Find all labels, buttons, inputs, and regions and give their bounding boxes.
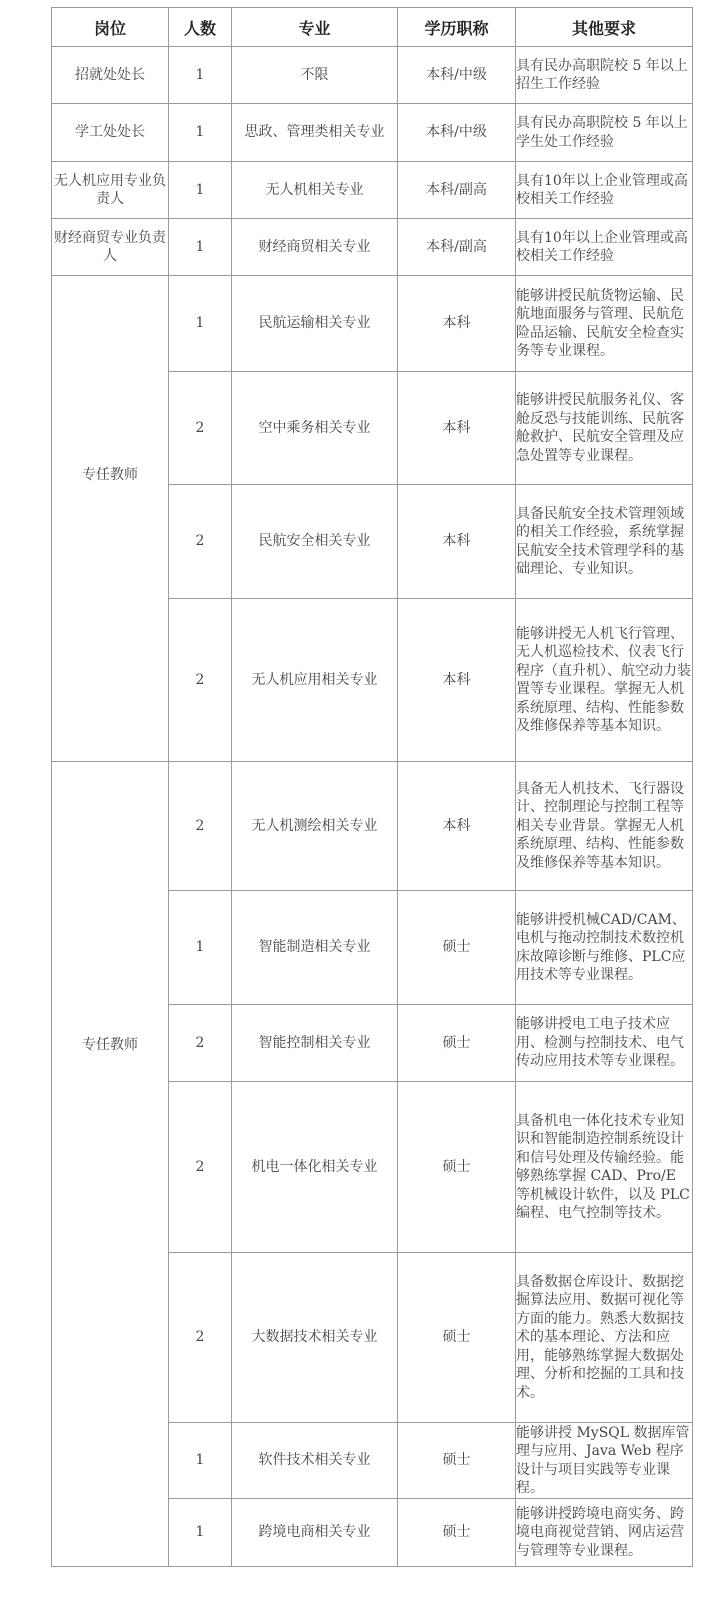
degree-cell: 硕士 (398, 1499, 516, 1567)
post-cell: 财经商贸专业负责人 (52, 219, 169, 276)
table-row: 专任教师 1 民航运输相关专业 本科 能够讲授民航货物运输、民航地面服务与管理、… (52, 276, 693, 372)
degree-cell: 硕士 (398, 891, 516, 1005)
requirements-cell: 能够讲授 MySQL 数据库管理与应用、Java Web 程序设计与项目实践等专… (516, 1423, 693, 1499)
header-degree: 学历职称 (398, 8, 516, 47)
requirements-cell: 能够讲授电工电子技术应用、检测与控制技术、电气传动应用技术等专业课程。 (516, 1005, 693, 1082)
major-cell: 民航运输相关专业 (232, 276, 398, 372)
count-cell: 1 (169, 891, 232, 1005)
degree-cell: 本科/中级 (398, 104, 516, 162)
major-cell: 不限 (232, 47, 398, 104)
recruitment-table-part-1: 岗位 人数 专业 学历职称 其他要求 招就处处长 1 不限 本科/中级 具有民办… (51, 7, 693, 762)
count-cell: 2 (169, 1253, 232, 1423)
degree-cell: 本科/中级 (398, 47, 516, 104)
major-cell: 机电一体化相关专业 (232, 1082, 398, 1253)
degree-cell: 硕士 (398, 1253, 516, 1423)
requirements-cell: 能够讲授民航货物运输、民航地面服务与管理、民航危险品运输、民航安全检查实务等专业… (516, 276, 693, 372)
count-cell: 1 (169, 1423, 232, 1499)
count-cell: 2 (169, 1005, 232, 1082)
degree-cell: 硕士 (398, 1082, 516, 1253)
table-row: 专任教师 2 无人机测绘相关专业 本科 具备无人机技术、飞行器设计、控制理论与控… (52, 762, 693, 891)
requirements-cell: 具备民航安全技术管理领域的相关工作经验，系统掌握民航安全技术管理学科的基础理论、… (516, 485, 693, 599)
header-requirements: 其他要求 (516, 8, 693, 47)
major-cell: 跨境电商相关专业 (232, 1499, 398, 1567)
post-cell: 学工处处长 (52, 104, 169, 162)
merged-post-cell: 专任教师 (52, 276, 169, 762)
recruitment-table-part-2: 专任教师 2 无人机测绘相关专业 本科 具备无人机技术、飞行器设计、控制理论与控… (51, 761, 693, 1567)
requirements-cell: 能够讲授无人机飞行管理、无人机巡检技术、仪表飞行程序（直升机）、航空动力装置等专… (516, 599, 693, 762)
count-cell: 1 (169, 1499, 232, 1567)
requirements-cell: 具有民办高职院校 5 年以上招生工作经验 (516, 47, 693, 104)
requirements-cell: 能够讲授民航服务礼仪、客舱反恐与技能训练、民航客舱救护、民航安全管理及应急处置等… (516, 372, 693, 485)
count-cell: 1 (169, 47, 232, 104)
requirements-cell: 具备数据仓库设计、数据挖掘算法应用、数据可视化等方面的能力。熟悉大数据技术的基本… (516, 1253, 693, 1423)
requirements-cell: 具有民办高职院校 5 年以上学生处工作经验 (516, 104, 693, 162)
count-cell: 2 (169, 485, 232, 599)
major-cell: 智能制造相关专业 (232, 891, 398, 1005)
degree-cell: 本科 (398, 372, 516, 485)
count-cell: 1 (169, 219, 232, 276)
major-cell: 无人机应用相关专业 (232, 599, 398, 762)
count-cell: 1 (169, 276, 232, 372)
degree-cell: 硕士 (398, 1005, 516, 1082)
requirements-cell: 具备机电一体化技术专业知识和智能制造控制系统设计和信号处理及传输经验。能够熟练掌… (516, 1082, 693, 1253)
table-row: 财经商贸专业负责人 1 财经商贸相关专业 本科/副高 具有10年以上企业管理或高… (52, 219, 693, 276)
merged-post-label: 专任教师 (52, 466, 168, 485)
post-cell: 招就处处长 (52, 47, 169, 104)
count-cell: 2 (169, 599, 232, 762)
degree-cell: 本科/副高 (398, 219, 516, 276)
major-cell: 空中乘务相关专业 (232, 372, 398, 485)
major-cell: 无人机测绘相关专业 (232, 762, 398, 891)
degree-cell: 本科 (398, 276, 516, 372)
major-cell: 智能控制相关专业 (232, 1005, 398, 1082)
header-major: 专业 (232, 8, 398, 47)
degree-cell: 本科 (398, 485, 516, 599)
count-cell: 2 (169, 1082, 232, 1253)
header-row: 岗位 人数 专业 学历职称 其他要求 (52, 8, 693, 47)
major-cell: 民航安全相关专业 (232, 485, 398, 599)
count-cell: 1 (169, 162, 232, 219)
major-cell: 思政、管理类相关专业 (232, 104, 398, 162)
degree-cell: 本科/副高 (398, 162, 516, 219)
degree-cell: 本科 (398, 599, 516, 762)
count-cell: 2 (169, 762, 232, 891)
degree-cell: 硕士 (398, 1423, 516, 1499)
major-cell: 软件技术相关专业 (232, 1423, 398, 1499)
requirements-cell: 具备无人机技术、飞行器设计、控制理论与控制工程等相关专业背景。掌握无人机系统原理… (516, 762, 693, 891)
table-row: 学工处处长 1 思政、管理类相关专业 本科/中级 具有民办高职院校 5 年以上学… (52, 104, 693, 162)
post-cell: 无人机应用专业负责人 (52, 162, 169, 219)
header-post: 岗位 (52, 8, 169, 47)
header-count: 人数 (169, 8, 232, 47)
merged-post-label: 专任教师 (52, 1036, 168, 1055)
major-cell: 财经商贸相关专业 (232, 219, 398, 276)
merged-post-cell: 专任教师 (52, 762, 169, 1567)
requirements-cell: 能够讲授跨境电商实务、跨境电商视觉营销、网店运营与管理等专业课程。 (516, 1499, 693, 1567)
requirements-cell: 能够讲授机械CAD/CAM、电机与拖动控制技术数控机床故障诊断与维修、PLC应用… (516, 891, 693, 1005)
requirements-cell: 具有10年以上企业管理或高校相关工作经验 (516, 219, 693, 276)
degree-cell: 本科 (398, 762, 516, 891)
count-cell: 1 (169, 104, 232, 162)
count-cell: 2 (169, 372, 232, 485)
requirements-cell: 具有10年以上企业管理或高校相关工作经验 (516, 162, 693, 219)
major-cell: 大数据技术相关专业 (232, 1253, 398, 1423)
table-row: 无人机应用专业负责人 1 无人机相关专业 本科/副高 具有10年以上企业管理或高… (52, 162, 693, 219)
table-row: 招就处处长 1 不限 本科/中级 具有民办高职院校 5 年以上招生工作经验 (52, 47, 693, 104)
major-cell: 无人机相关专业 (232, 162, 398, 219)
